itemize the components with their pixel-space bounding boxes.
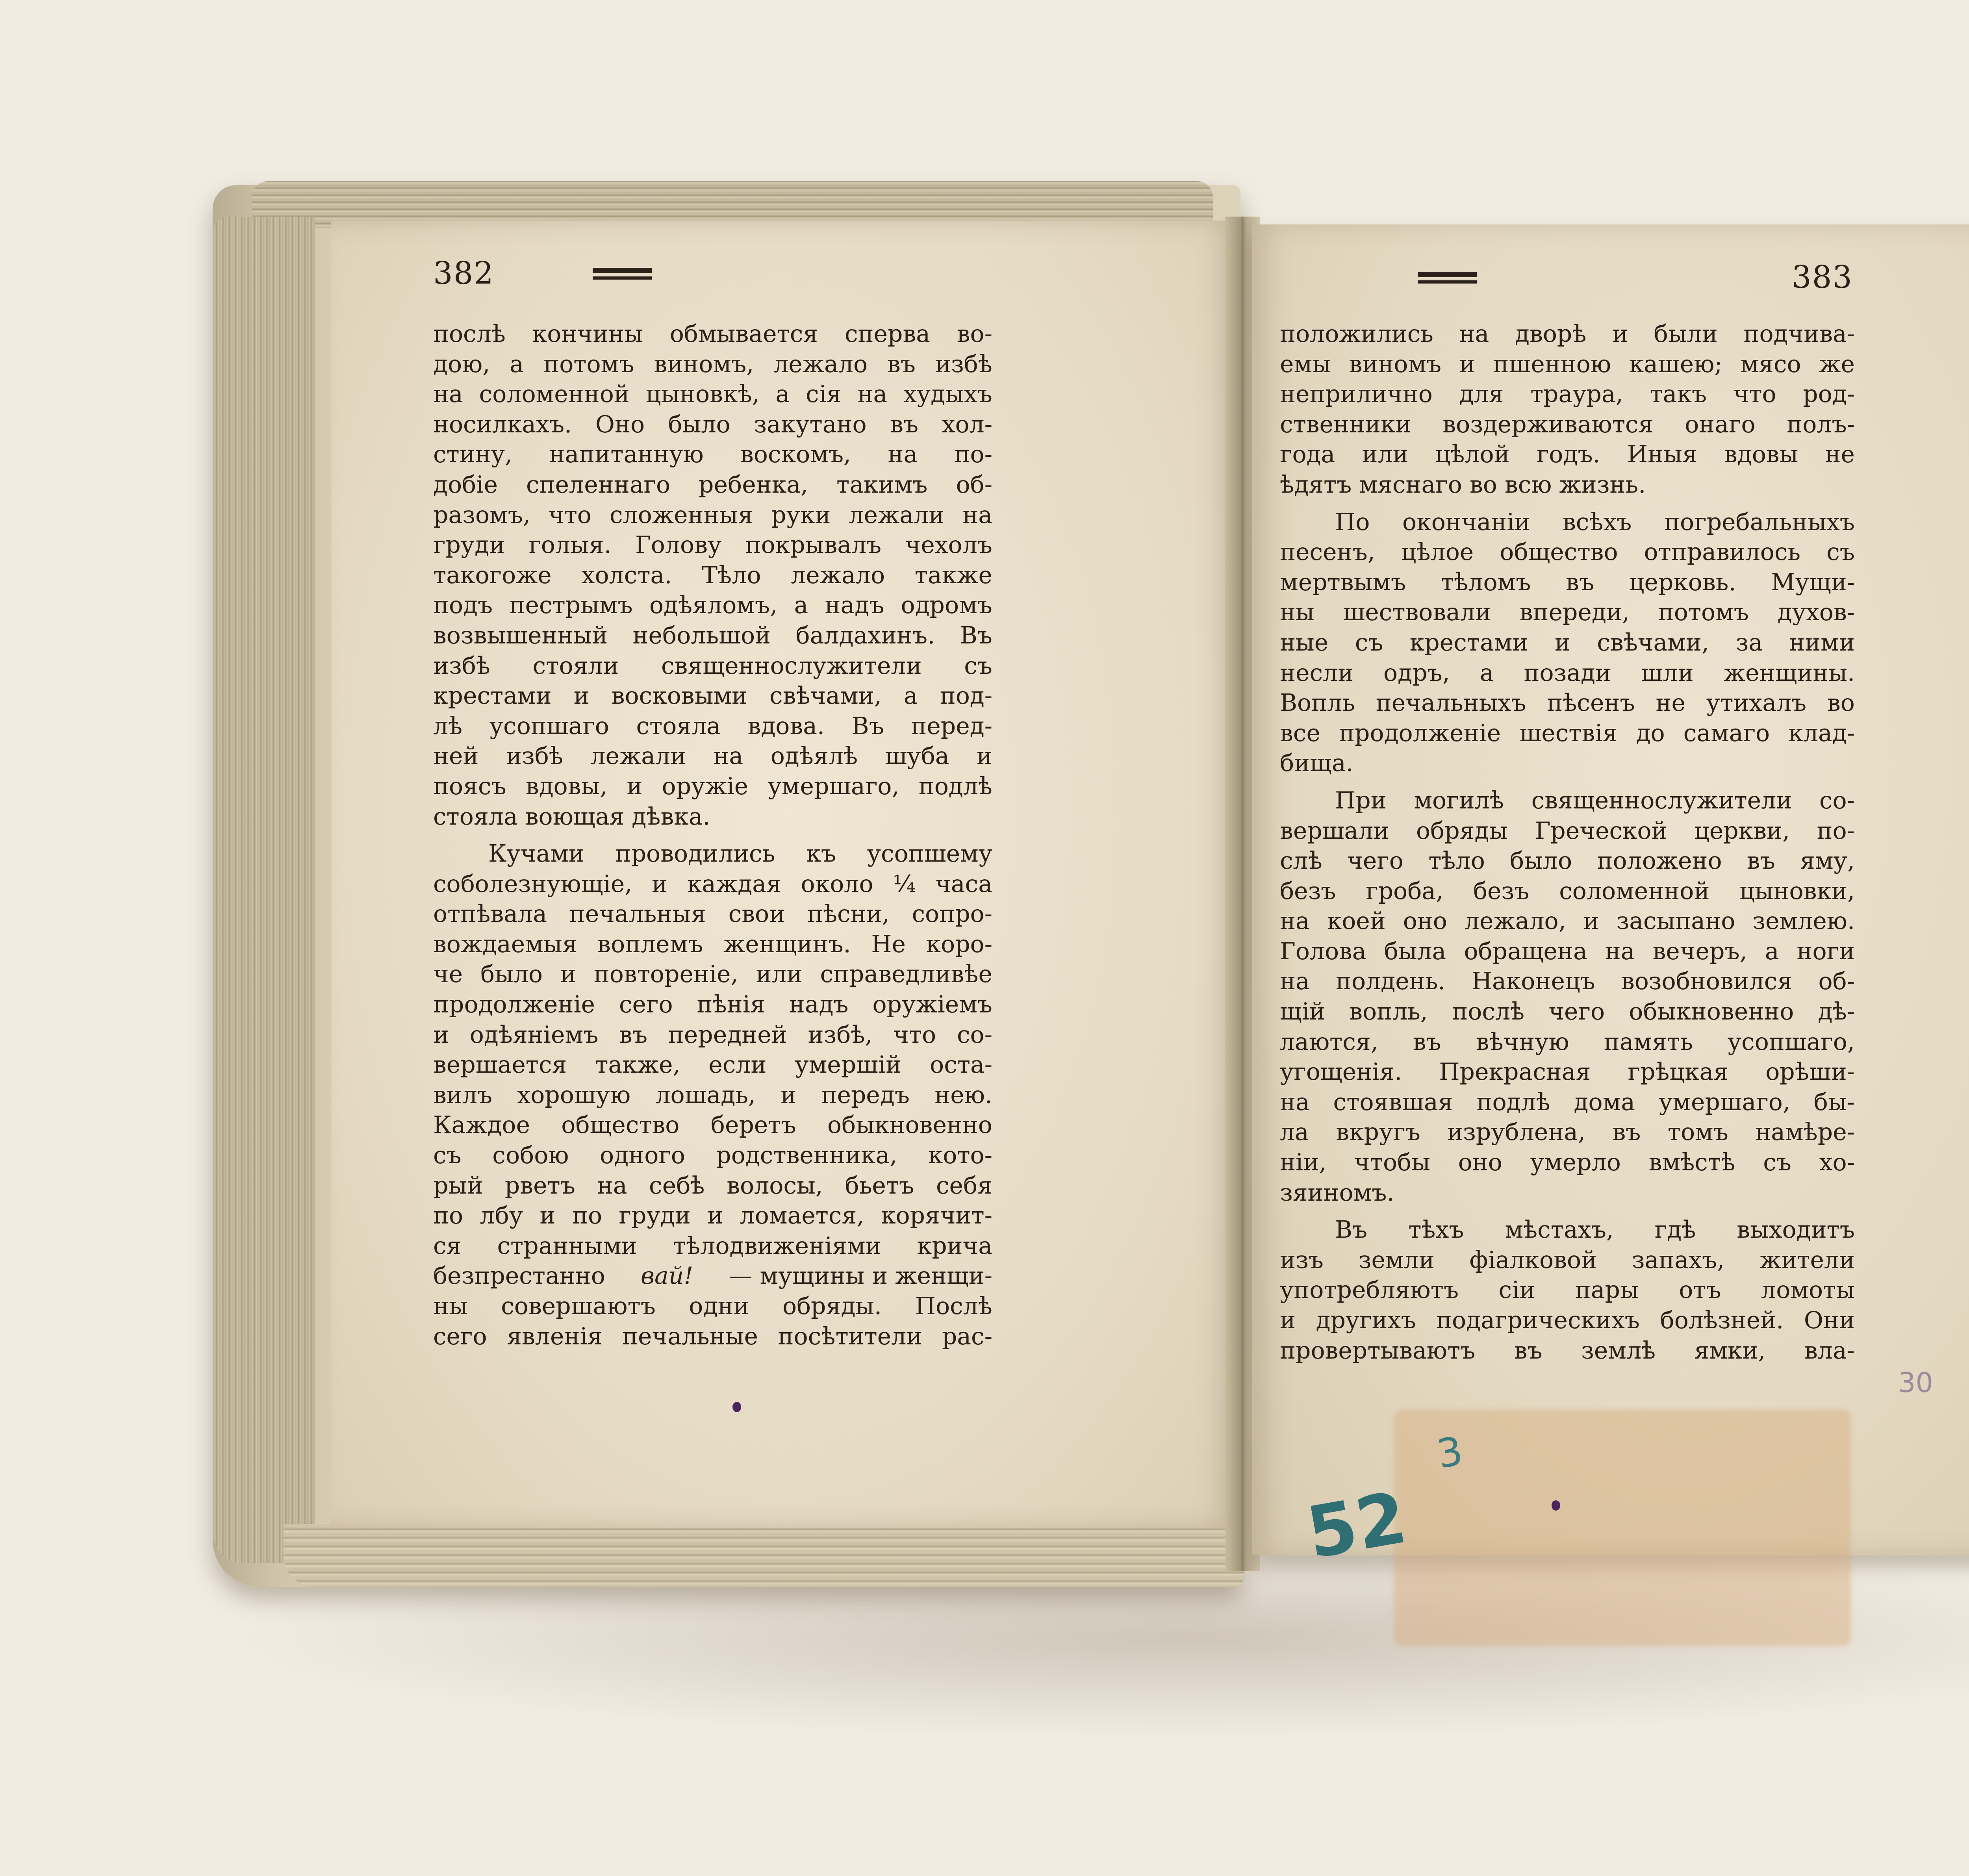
text-line: по лбу и по груди и ломается, корячит-: [433, 1201, 992, 1231]
header-rule-right: [1418, 272, 1477, 285]
text-line: Кучами проводились къ усопшему: [433, 839, 992, 869]
text-line: неприлично для траура, такъ что род-: [1280, 379, 1855, 410]
text-line: и одѣяніемъ въ передней избѣ, что со-: [433, 1020, 992, 1050]
emphasis-text: вай!: [641, 1261, 693, 1291]
text-line: Вопль печальныхъ пѣсенъ не утихалъ во: [1280, 688, 1855, 718]
text-line: ніи, чтобы оно умерло вмѣстѣ съ хо-: [1280, 1147, 1855, 1178]
water-stain: [1394, 1410, 1851, 1646]
text-line: угощенія. Прекрасная грѣцкая орѣши-: [1280, 1057, 1855, 1087]
text-line: крестами и восковыми свѣчами, а под-: [433, 681, 992, 711]
fore-edge-pages: [213, 217, 315, 1563]
text-line: и другихъ подагрическихъ болѣзней. Они: [1280, 1305, 1855, 1336]
text-line: стояла воющая дѣвка.: [433, 802, 992, 832]
text-line: щій вопль, послѣ чего обыкновенно дѣ-: [1280, 997, 1855, 1027]
text-line: ней избѣ лежали на одѣялѣ шуба и: [433, 741, 992, 771]
text-line: че было и повтореніе, или справедливѣе: [433, 959, 992, 990]
text-line: емы виномъ и пшенною кашею; мясо же: [1280, 349, 1855, 380]
text-line: вершается также, если умершій оста-: [433, 1050, 992, 1080]
text-line: зяиномъ.: [1280, 1178, 1855, 1208]
text-line: ственники воздерживаются онаго полъ-: [1280, 410, 1855, 440]
text-line: года или цѣлой годъ. Иныя вдовы не: [1280, 439, 1855, 470]
text-line: ные съ крестами и свѣчами, за ними: [1280, 628, 1855, 658]
text-line: на полдень. Наконецъ возобновился об-: [1280, 966, 1855, 997]
left-page: 382 послѣ кончины обмывается сперва во- …: [331, 221, 1237, 1528]
text-fragment: безпрестанно: [433, 1261, 605, 1291]
text-line: такогоже холста. Тѣло лежало также: [433, 560, 992, 591]
text-line: слѣ чего тѣло было положено въ яму,: [1280, 846, 1855, 876]
text-line: носилкахъ. Оно было закутано въ хол-: [433, 410, 992, 440]
ink-dot: [1552, 1500, 1560, 1511]
right-page: 383 положились на дворѣ и были подчива- …: [1252, 224, 1969, 1555]
text-line: съ собою одного родственника, кото-: [433, 1140, 992, 1171]
text-line: Въ тѣхъ мѣстахъ, гдѣ выходитъ: [1280, 1215, 1855, 1245]
text-line: избѣ стояли священнослужители съ: [433, 651, 992, 681]
text-line: безъ гроба, безъ соломенной цыновки,: [1280, 876, 1855, 906]
text-line: ны шествовали впереди, потомъ духов-: [1280, 597, 1855, 628]
text-line: продолженіе сего пѣнія надъ оружіемъ: [433, 990, 992, 1020]
text-line: При могилѣ священнослужители со-: [1280, 786, 1855, 816]
text-line: все продолженіе шествія до самаго клад-: [1280, 718, 1855, 749]
page-number-left: 382: [433, 256, 494, 291]
text-fragment: — мущины и женщи-: [729, 1261, 992, 1291]
right-page-text: положились на дворѣ и были подчива- емы …: [1280, 319, 1855, 1366]
text-line: провертываютъ въ землѣ ямки, вла-: [1280, 1336, 1855, 1366]
text-line: Голова была обращена на вечеръ, а ноги: [1280, 936, 1855, 967]
text-line: стину, напитанную воскомъ, на по-: [433, 439, 992, 470]
text-line: подъ пестрымъ одѣяломъ, а надъ одромъ: [433, 590, 992, 621]
text-line: вилъ хорошую лошадь, и передъ нею.: [433, 1080, 992, 1110]
page-number-right: 383: [1792, 260, 1853, 295]
text-line: груди голыя. Голову покрывалъ чехолъ: [433, 530, 992, 560]
text-line: песенъ, цѣлое общество отправилось съ: [1280, 537, 1855, 567]
ink-dot: [732, 1402, 741, 1412]
text-line: По окончаніи всѣхъ погребальныхъ: [1280, 507, 1855, 538]
text-line: ны совершаютъ одни обряды. Послѣ: [433, 1291, 992, 1322]
text-line: на стоявшая подлѣ дома умершаго, бы-: [1280, 1087, 1855, 1118]
text-line: лѣ усопшаго стояла вдова. Въ перед-: [433, 711, 992, 742]
left-page-text: послѣ кончины обмывается сперва во- дою,…: [433, 319, 992, 1351]
text-line: добіе спеленнаго ребенка, такимъ об-: [433, 470, 992, 500]
text-line: вершали обряды Греческой церкви, по-: [1280, 816, 1855, 846]
text-line: возвышенный небольшой балдахинъ. Въ: [433, 621, 992, 651]
text-line: ся странными тѣлодвиженіями крича: [433, 1231, 992, 1261]
pencil-margin-mark: 30: [1898, 1366, 1933, 1399]
text-line: сего явленія печальные посѣтители рас-: [433, 1322, 992, 1352]
text-line: дою, а потомъ виномъ, лежало въ избѣ: [433, 349, 992, 380]
text-line: ла вкругъ изрублена, въ томъ намѣре-: [1280, 1117, 1855, 1147]
text-line: Каждое общество беретъ обыкновенно: [433, 1110, 992, 1140]
text-line: несли одръ, а позади шли женщины.: [1280, 658, 1855, 688]
text-line: лаются, въ вѣчную память усопшаго,: [1280, 1027, 1855, 1057]
text-line: употребляютъ сіи пары отъ ломоты: [1280, 1275, 1855, 1305]
text-line: изъ земли фіалковой запахъ, жители: [1280, 1245, 1855, 1275]
text-line: мертвымъ тѣломъ въ церковь. Мущи-: [1280, 567, 1855, 598]
text-line: на соломенной цыновкѣ, а сія на худыхъ: [433, 379, 992, 410]
text-line: соболезнующіе, и каждая около ¼ часа: [433, 869, 992, 899]
text-line: разомъ, что сложенныя руки лежали на: [433, 500, 992, 530]
text-line: положились на дворѣ и были подчива-: [1280, 319, 1855, 349]
open-book: 382 послѣ кончины обмывается сперва во- …: [205, 169, 1969, 1729]
text-line: бища.: [1280, 748, 1855, 779]
blue-ink-annotation: 52: [1301, 1477, 1413, 1575]
text-line: отпѣвала печальныя свои пѣсни, сопро-: [433, 899, 992, 929]
text-line: поясъ вдовы, и оружіе умершаго, подлѣ: [433, 771, 992, 802]
text-line: безпрестанно вай! — мущины и женщи-: [433, 1261, 992, 1291]
bottom-page-edges: [284, 1524, 1244, 1587]
text-line: послѣ кончины обмывается сперва во-: [433, 319, 992, 349]
text-line: на коей оно лежало, и засыпано землею.: [1280, 906, 1855, 936]
text-line: рый рветъ на себѣ волосы, бьетъ себя: [433, 1171, 992, 1201]
header-rule-left: [593, 268, 652, 281]
text-line: вождаемыя воплемъ женщинъ. Не коро-: [433, 929, 992, 960]
text-line: ѣдятъ мяснаго во всю жизнь.: [1280, 470, 1855, 500]
